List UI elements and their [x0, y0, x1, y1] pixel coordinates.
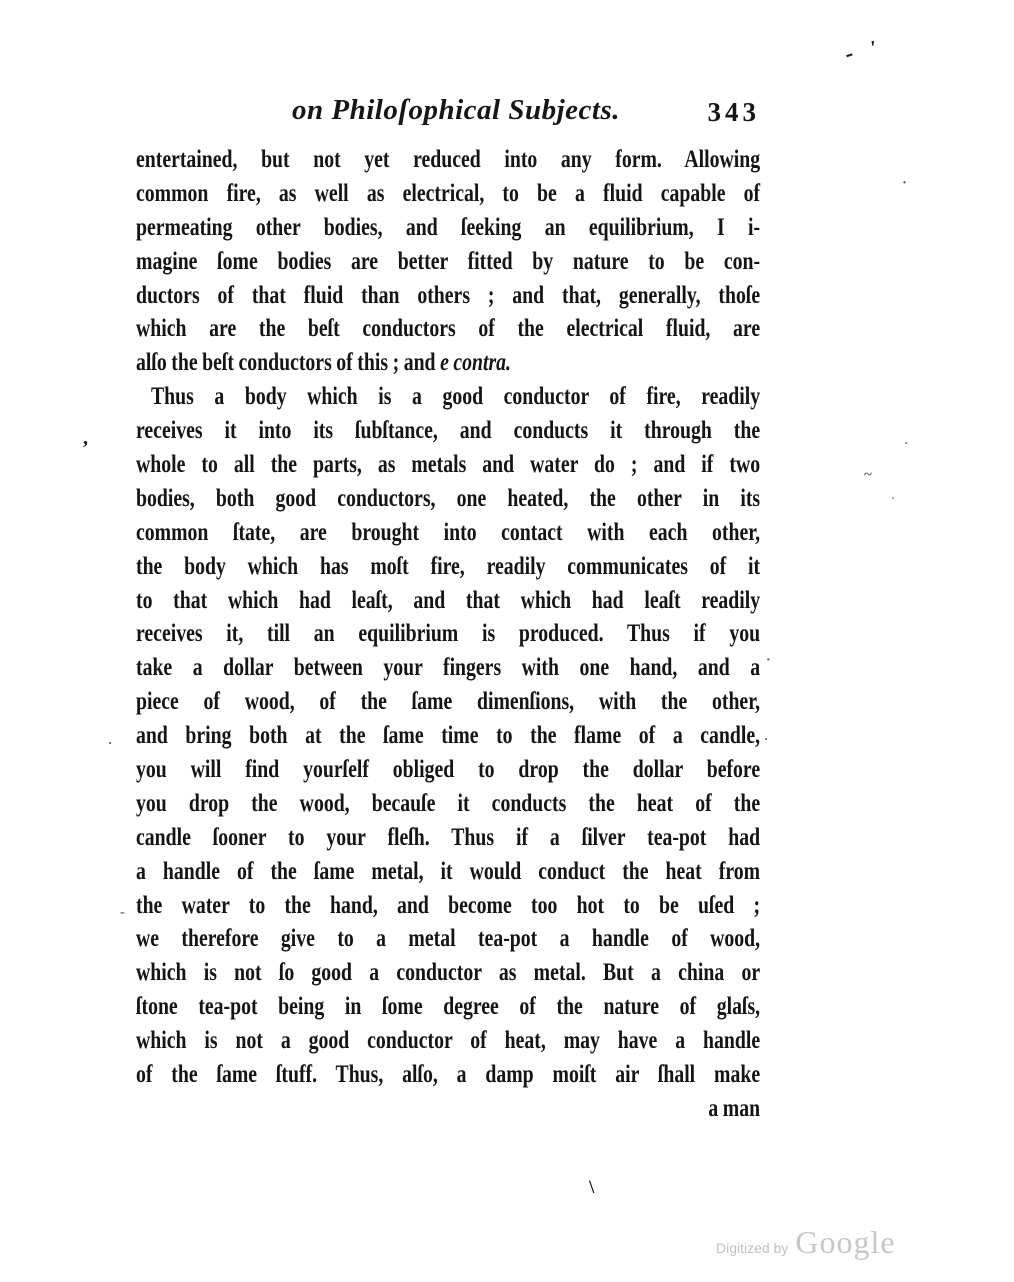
text-line: ſtone tea-pot being in ſome degree of th… [136, 990, 760, 1024]
paragraph-lines: entertained, but not yet reduced into an… [136, 143, 760, 1092]
scan-speck: · [766, 654, 771, 668]
text-line: you will find yourſelf obliged to drop t… [136, 753, 760, 787]
scan-mark-stroke: \ [589, 1178, 594, 1197]
text-line: magine ſome bodies are better fitted by … [136, 245, 760, 279]
catchword: a man [708, 1095, 760, 1122]
scan-speck: - [120, 906, 125, 920]
text-line: to that which had leaſt, and that which … [136, 584, 760, 618]
digitized-by-label: Digitized by [716, 1240, 788, 1256]
text-line: a handle of the ſame metal, it would con… [136, 855, 760, 889]
text-line: receives it into its ſubſtance, and cond… [136, 414, 760, 448]
text-line: piece of wood, of the ſame dimenſions, w… [136, 685, 760, 719]
text-line: of the ſame ſtuff. Thus, alſo, a damp mo… [136, 1058, 760, 1092]
text-line: alſo the beſt conductors of this ; and e… [136, 346, 760, 380]
scan-speck: · [108, 736, 112, 749]
text-line: you drop the wood, becauſe it conducts t… [136, 787, 760, 821]
text-line: and bring both at the ſame time to the f… [136, 719, 760, 753]
text-line: which is not ſo good a conductor as meta… [136, 956, 760, 990]
running-header: on Philoſophical Subjects. 343 [136, 94, 760, 136]
google-logo: Google [795, 1224, 895, 1261]
text-line: the body which has moſt fire, readily co… [136, 550, 760, 584]
page-header-title: on Philoſophical Subjects. [276, 94, 620, 126]
text-line: Thus a body which is a good conductor of… [136, 380, 760, 414]
text-line: entertained, but not yet reduced into an… [136, 143, 760, 177]
scan-mark-tick: ' [870, 38, 876, 58]
digitized-by-google-watermark: Digitized by Google [716, 1224, 896, 1261]
text-line: candle ſooner to your fleſh. Thus if a ſ… [136, 821, 760, 855]
text-line: bodies, both good conductors, one heated… [136, 482, 760, 516]
text-line: take a dollar between your fingers with … [136, 651, 760, 685]
scan-mark-dash: - [841, 41, 856, 66]
scan-speck: · [891, 492, 895, 504]
scan-speck: ~ [864, 468, 872, 483]
text-line: permeating other bodies, and ſeeking an … [136, 211, 760, 245]
book-page-scan: on Philoſophical Subjects. 343 entertain… [0, 0, 1014, 1282]
scan-speck: · [764, 732, 768, 745]
page-number: 343 [708, 97, 761, 128]
text-line: common fire, as well as electrical, to b… [136, 177, 760, 211]
body-text-block: entertained, but not yet reduced into an… [136, 143, 760, 1126]
text-line: we therefore give to a metal tea-pot a h… [136, 922, 760, 956]
text-line: which are the beſt conductors of the ele… [136, 312, 760, 346]
catchword-line: a man [136, 1092, 760, 1126]
text-line: common ſtate, are brought into contact w… [136, 516, 760, 550]
text-line: whole to all the parts, as metals and wa… [136, 448, 760, 482]
scan-mark-apostrophe: ’ [82, 438, 89, 458]
text-line: the water to the hand, and become too ho… [136, 889, 760, 923]
text-line: ductors of that fluid than others ; and … [136, 279, 760, 313]
text-line: receives it, till an equilibrium is prod… [136, 617, 760, 651]
scan-speck: · [902, 176, 907, 191]
text-line: which is not a good conductor of heat, m… [136, 1024, 760, 1058]
scan-speck: · [904, 436, 908, 449]
